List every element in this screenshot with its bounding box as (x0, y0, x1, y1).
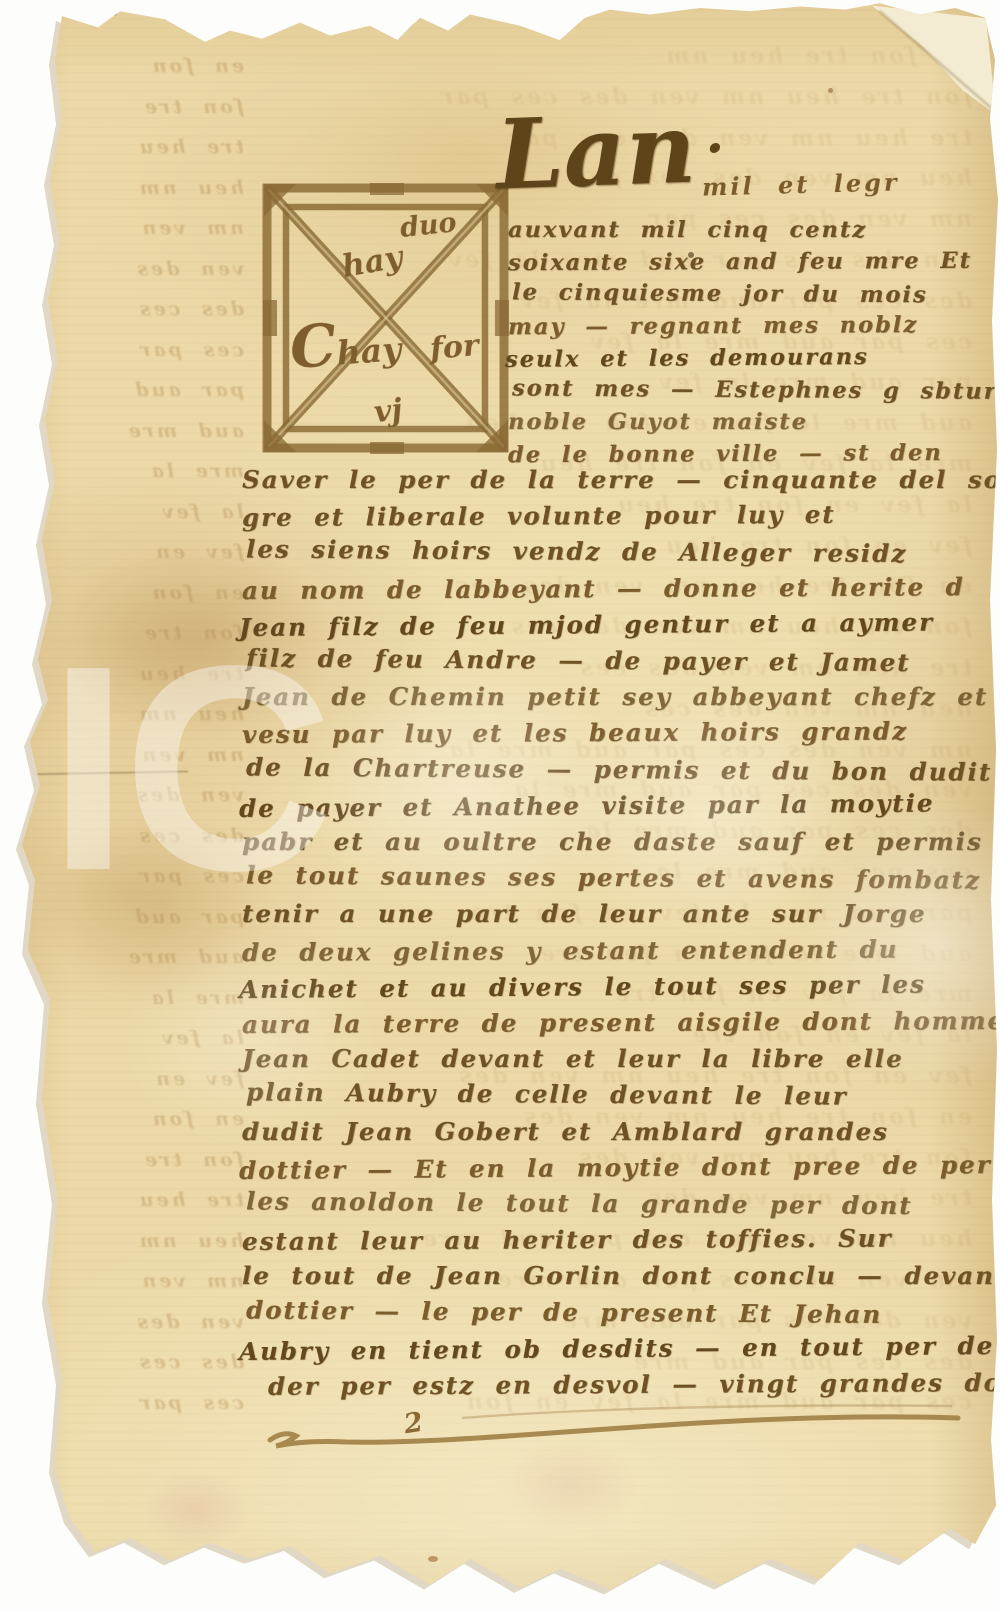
main-text-block: Saver le per de la terre — cinquante del… (242, 462, 987, 1403)
manuscript-line: plain Aubry de celle devant le leur (246, 1075, 991, 1116)
manuscript-line: vesu par luy et les beaux hoirs grandz (242, 713, 987, 753)
manuscript-line: le cinquiesme jor du mois (512, 276, 982, 311)
crease-line-left (16, 770, 188, 775)
manuscript-line: auxvant mil cinq centz (508, 214, 978, 246)
box-word-for: for (429, 328, 481, 367)
manuscript-line: Jean filz de feu mjod gentur et a aymer (239, 604, 984, 646)
manuscript-line: filz de feu Andre — de payer et Jamet (246, 640, 991, 681)
manuscript-line: de la Chartreuse — permis et du bon dudi… (246, 749, 991, 790)
manuscript-line: dottier — le per de present Et Jehan (246, 1292, 991, 1333)
manuscript-line: gre et liberale volunte pour luy et (242, 496, 987, 536)
corner-annotation: – 2 · 4 · (52, 2, 140, 21)
manuscript-line: Jean Cadet devant et leur la libre elle (242, 1041, 987, 1077)
opening-dot: · (706, 116, 725, 180)
manuscript-line: Aubry en tient ob desdits — en tout per … (239, 1328, 984, 1370)
stain-left-lower (40, 810, 270, 1000)
manuscript-line: aura la terre de present aisgile dont ho… (242, 1003, 987, 1043)
manuscript-line: noble Guyot maiste (508, 406, 978, 438)
manuscript-line: au nom de labbeyant — donne et herite d (242, 569, 987, 609)
opening-initial-letters: Lan (494, 101, 697, 204)
closing-flourish (252, 1396, 972, 1460)
manuscript-line: les siens hoirs vendz de Alleger residz (246, 532, 991, 573)
ink-speck-3 (428, 1556, 438, 1562)
manuscript-line: de deux gelines y estant entendent du (242, 931, 987, 971)
flourish-line-drawing (252, 1396, 972, 1456)
manuscript-line: Anichet et au divers le tout ses per les (239, 966, 984, 1008)
notarial-registration-box: duo hay Chay for vj (262, 182, 510, 460)
box-word-chay: Chay (288, 306, 403, 382)
manuscript-line: estant leur au heriter des toffies. Sur (242, 1220, 987, 1260)
stain-pink-bottom (140, 1470, 250, 1550)
manuscript-line: les anoldon le tout la grande per dont (246, 1183, 991, 1224)
manuscript-line: le tout de Jean Gorlin dont conclu — dev… (242, 1258, 987, 1294)
manuscript-line: de payer et Anathee visite par la moytie (239, 785, 984, 827)
ink-speck-2 (828, 88, 833, 93)
opening-suffix: mil et legr (702, 167, 900, 201)
manuscript-line: Saver le per de la terre — cinquante del… (242, 462, 987, 498)
manuscript-line: seulx et les demourans (505, 340, 975, 376)
scanned-manuscript-page: en ſonſon tretre heuheu nmnm venven desd… (0, 0, 1000, 1612)
box-word-vj: vj (372, 393, 404, 431)
side-column-text: auxvant mil cinq centz soixante sixe and… (508, 214, 978, 470)
box-word-duo: duo (399, 207, 458, 244)
manuscript-line: dudit Jean Gobert et Amblard grandes (242, 1114, 987, 1150)
manuscript-line: soixante sixe and feu mre Et (508, 245, 978, 279)
manuscript-line: pabr et au oultre che daste sauf et perm… (242, 824, 987, 860)
manuscript-line: le tout saunes ses pertes et avens fomba… (246, 858, 991, 899)
manuscript-line: Jean de Chemin petit sey abbeyant chefz … (242, 679, 987, 715)
manuscript-line: sont mes — Estephnes g sbtur (512, 372, 982, 407)
manuscript-line: tenir a une part de leur ante sur Jorge (242, 896, 987, 932)
bleedthrough-text-left-margin: en ſonſon tretre heuheu nmnm venven desd… (52, 46, 244, 1436)
manuscript-line: dottier — Et en la moytie dont pree de p… (239, 1147, 984, 1189)
opening-initial: Lan· (496, 104, 724, 200)
manuscript-paper-sheet: en ſonſon tretre heuheu nmnm venven desd… (0, 0, 1000, 1612)
manuscript-line: may — regnant mes noblz (508, 309, 978, 343)
